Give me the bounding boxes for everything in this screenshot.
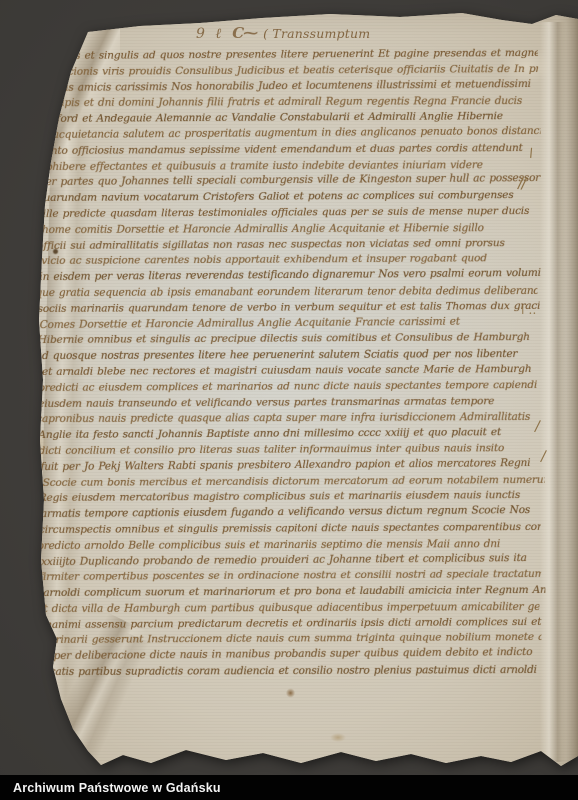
manuscript-line: Scocie cum bonis mercibus et mercandisis… (43, 472, 545, 491)
paper-fold-right (540, 22, 566, 762)
manuscript-line: capronibus nauis predicte quasque alias … (36, 410, 538, 428)
header-flourish: C⁓ (232, 24, 257, 42)
manuscript-line: tanto officiosius mandamus sepissime vid… (41, 141, 543, 160)
manuscript-line: que gratia sequencia ab ipsis emanabant … (35, 284, 537, 302)
margin-left-tick: ǀ (33, 594, 37, 609)
paper-stain (286, 688, 295, 698)
manuscript-page: ℓ 9 ℓC⁓( Transsumptum omnibus et singuli… (0, 0, 578, 800)
manuscript-line: in eisdem per veras literas reverendas t… (39, 266, 541, 286)
manuscript-line: Thome comitis Dorsettie et Haroncie Admi… (35, 221, 537, 239)
paper-sheet: ℓ 9 ℓC⁓( Transsumptum omnibus et singuli… (0, 0, 578, 800)
manuscript-line: et arnaldi blebe nec rectores et magistr… (42, 362, 544, 381)
header-annotation-text: ( Transsumptum (263, 26, 370, 41)
header-annotation-line: 9 ℓC⁓( Transsumptum (196, 24, 370, 43)
manuscript-line: arnoldi complicum suorum et marinariorum… (43, 583, 545, 602)
manuscript-text-block: omnibus et singulis ad quos nostre prese… (36, 46, 542, 681)
manuscript-line: principis et dni domini Johannis filii f… (34, 94, 536, 112)
paper-edge-right (566, 16, 578, 764)
manuscript-scan-viewport: ℓ 9 ℓC⁓( Transsumptum omnibus et singuli… (0, 0, 578, 800)
folio-mark: 9 ℓ (196, 26, 224, 42)
manuscript-line: ville predicte quasdam literas testimoni… (37, 204, 539, 223)
margin-tick-dots: ǀ ‥ (521, 303, 536, 317)
archive-caption-bar: Archiwum Państwowe w Gdańsku (0, 775, 578, 800)
margin-slash: ∕ (540, 447, 548, 466)
paper-stain (72, 42, 76, 46)
paper-stain (12, 640, 48, 700)
manuscript-line: super deliberacione dicte nauis in manib… (42, 645, 544, 665)
paper-stain (330, 733, 346, 742)
corner-pen-flourish: ℓ (46, 25, 61, 46)
archive-caption-text: Archiwum Państwowe w Gdańsku (13, 781, 221, 795)
manuscript-line: vacatis partibus supradictis coram audie… (38, 663, 540, 681)
manuscript-line: circumspectis omnibus et singulis premis… (39, 520, 541, 539)
manuscript-line: et dicta villa de Hamburgh cum partibus … (37, 600, 539, 618)
